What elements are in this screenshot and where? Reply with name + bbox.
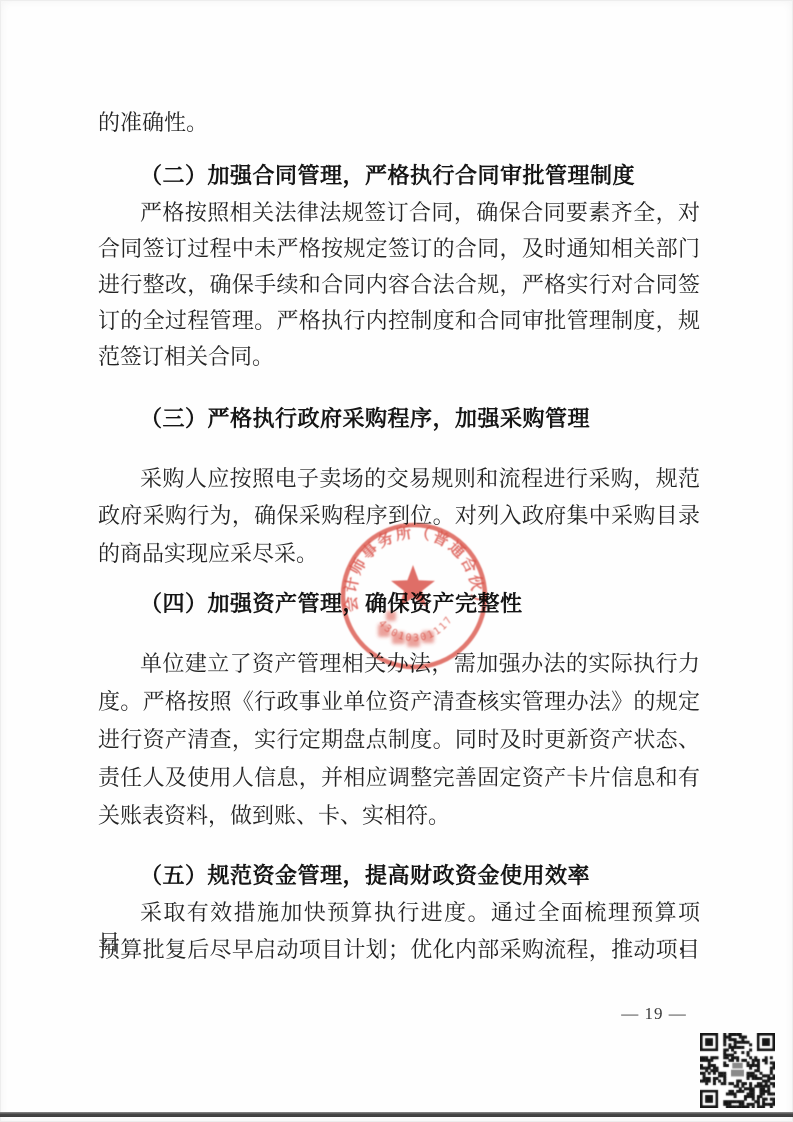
body-line: 责任人及使用人信息，并相应调整完善固定资产卡片信息和有 bbox=[98, 763, 700, 793]
page-number: — 19 — bbox=[598, 1002, 710, 1026]
qr-code bbox=[700, 1033, 775, 1108]
body-line: 范签订相关合同。 bbox=[98, 342, 700, 372]
section-heading-2: （二）加强合同管理，严格执行合同审批管理制度 bbox=[98, 161, 700, 191]
body-line: 采取有效措施加快预算执行进度。通过全面梳理预算项目， bbox=[98, 898, 700, 928]
document-page: 的准确性。 （二）加强合同管理，严格执行合同审批管理制度 严格按照相关法律法规签… bbox=[0, 0, 793, 1122]
continuation-line: 的准确性。 bbox=[98, 108, 700, 138]
body-line: 进行整改，确保手续和合同内容合法合规，严格实行对合同签 bbox=[98, 270, 700, 300]
section-heading-3: （三）严格执行政府采购程序，加强采购管理 bbox=[98, 404, 700, 434]
star-icon bbox=[391, 565, 435, 607]
body-line: 关账表资料，做到账、卡、实相符。 bbox=[98, 801, 700, 831]
body-line: 订的全过程管理。严格执行内控制度和合同审批管理制度，规 bbox=[98, 306, 700, 336]
body-line: 合同签订过程中未严格按规定签订的合同，及时通知相关部门 bbox=[98, 234, 700, 264]
body-line: 度。严格按照《行政事业单位资产清查核实管理办法》的规定 bbox=[98, 687, 700, 717]
bottom-rule bbox=[0, 1112, 793, 1117]
body-line: 预算批复后尽早启动项目计划；优化内部采购流程，推动项目 bbox=[98, 935, 700, 965]
official-seal-stamp: 会计师事务所（普通合伙） 43010301117 bbox=[334, 516, 494, 676]
body-line: 严格按照相关法律法规签订合同，确保合同要素齐全，对 bbox=[98, 198, 700, 228]
section-heading-5: （五）规范资金管理，提高财政资金使用效率 bbox=[98, 861, 700, 891]
body-line: 采购人应按照电子卖场的交易规则和流程进行采购，规范 bbox=[98, 464, 700, 494]
body-line: 进行资产清查，实行定期盘点制度。同时及时更新资产状态、 bbox=[98, 725, 700, 755]
